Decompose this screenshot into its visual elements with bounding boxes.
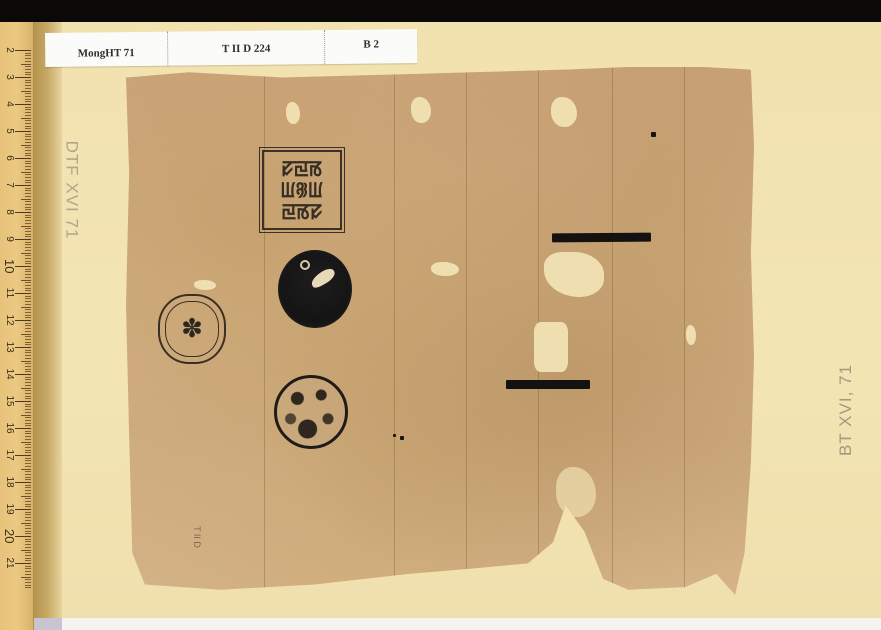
ruler-tick xyxy=(25,579,31,580)
ruler-tick xyxy=(15,50,31,51)
ruler-tick xyxy=(25,182,31,183)
ruler-tick xyxy=(25,247,31,248)
ruler-tick xyxy=(25,379,31,380)
ruler-tick xyxy=(25,539,31,540)
ruler-tick xyxy=(25,323,31,324)
ruler-tick xyxy=(25,493,31,494)
ruler-tick xyxy=(25,406,31,407)
ruler-tick xyxy=(25,88,31,89)
ruler-tick xyxy=(25,315,31,316)
card-shadow xyxy=(34,22,62,618)
ruler-tick xyxy=(25,69,31,70)
ruler-tick xyxy=(21,577,31,578)
ruler-number: 2 xyxy=(4,43,14,57)
ruler-tick xyxy=(21,280,31,281)
fold-line xyxy=(466,67,467,595)
ruler-tick xyxy=(25,439,31,440)
measuring-ruler: 23456789101112131415161718192021 xyxy=(0,22,34,630)
ruler-tick xyxy=(25,504,31,505)
ruler-tick xyxy=(21,415,31,416)
ruler-tick xyxy=(25,452,31,453)
ruler-tick xyxy=(25,398,31,399)
top-black-border xyxy=(0,0,881,22)
ruler-tick xyxy=(25,99,31,100)
ruler-number: 3 xyxy=(4,70,14,84)
ruler-tick xyxy=(25,269,31,270)
ruler-tick xyxy=(25,220,31,221)
paper-hole xyxy=(551,97,577,127)
ruler-tick xyxy=(25,282,31,283)
ruler-tick xyxy=(25,134,31,135)
ruler-tick xyxy=(25,574,31,575)
ruler-tick xyxy=(25,487,31,488)
ruler-tick xyxy=(25,190,31,191)
ruler-tick xyxy=(15,401,31,402)
ink-dot xyxy=(393,434,396,437)
ruler-tick xyxy=(25,363,31,364)
ruler-tick xyxy=(15,77,31,78)
ruler-tick xyxy=(21,199,31,200)
ruler-tick xyxy=(25,201,31,202)
paper-hole xyxy=(686,325,696,345)
ruler-tick xyxy=(25,236,31,237)
document-pencil-note: T II D xyxy=(192,526,202,548)
ruler-tick xyxy=(25,425,31,426)
ruler-tick xyxy=(15,131,31,132)
ruler-tick xyxy=(25,498,31,499)
ruler-tick xyxy=(25,393,31,394)
ruler-tick xyxy=(25,304,31,305)
ruler-tick xyxy=(25,258,31,259)
ruler-tick xyxy=(25,163,31,164)
ruler-number: 7 xyxy=(4,178,14,192)
paper-hole xyxy=(194,280,216,290)
round-dark-seal xyxy=(278,250,352,328)
ruler-tick xyxy=(25,188,31,189)
seal-row: ꡆ꡵ꡆ xyxy=(270,179,334,200)
ruler-tick xyxy=(25,166,31,167)
ruler-tick xyxy=(15,158,31,159)
ruler-tick xyxy=(25,560,31,561)
ruler-number: 17 xyxy=(4,448,14,462)
ruler-number: 9 xyxy=(4,232,14,246)
ruler-tick xyxy=(25,215,31,216)
ruler-tick xyxy=(15,509,31,510)
ruler-tick xyxy=(25,431,31,432)
seal-dot xyxy=(300,260,310,270)
ruler-tick xyxy=(25,55,31,56)
ruler-number: 5 xyxy=(4,124,14,138)
ruler-tick xyxy=(25,366,31,367)
ruler-number: 12 xyxy=(4,313,14,327)
ruler-tick xyxy=(25,109,31,110)
ruler-tick xyxy=(25,447,31,448)
ruler-tick xyxy=(21,496,31,497)
ruler-number: 16 xyxy=(4,421,14,435)
seal-glint xyxy=(309,266,338,289)
ruler-tick xyxy=(25,382,31,383)
ruler-tick xyxy=(25,209,31,210)
ruler-tick xyxy=(25,477,31,478)
ruler-tick xyxy=(15,266,31,267)
shelfmark-label: MongHT 71 xyxy=(45,32,168,67)
ruler-tick xyxy=(25,328,31,329)
ruler-tick xyxy=(25,242,31,243)
ruler-tick xyxy=(25,193,31,194)
ruler-tick xyxy=(25,336,31,337)
ruler-tick xyxy=(25,58,31,59)
ruler-tick xyxy=(25,128,31,129)
bottom-white-edge xyxy=(62,618,881,630)
ruler-tick xyxy=(25,385,31,386)
paper-hole xyxy=(431,262,459,276)
seal-row: ꡛꡙꡏ xyxy=(270,158,334,179)
ruler-tick xyxy=(25,404,31,405)
paper-hole xyxy=(544,252,604,297)
ruler-tick xyxy=(25,80,31,81)
ruler-number: 20 xyxy=(4,529,14,543)
ruler-tick xyxy=(25,217,31,218)
ruler-tick xyxy=(21,388,31,389)
ruler-tick xyxy=(21,523,31,524)
ruler-tick xyxy=(15,428,31,429)
ruler-tick xyxy=(25,255,31,256)
ruler-tick xyxy=(15,104,31,105)
ruler-tick xyxy=(25,490,31,491)
ruler-tick xyxy=(25,479,31,480)
ruler-tick xyxy=(21,550,31,551)
ruler-tick xyxy=(25,261,31,262)
ruler-tick xyxy=(21,91,31,92)
ruler-tick xyxy=(25,517,31,518)
ruler-tick xyxy=(25,263,31,264)
ruler-tick xyxy=(25,344,31,345)
ruler-tick xyxy=(25,520,31,521)
ruler-tick xyxy=(25,568,31,569)
ruler-tick xyxy=(25,61,31,62)
ruler-tick xyxy=(25,298,31,299)
ruler-tick xyxy=(25,153,31,154)
ruler-tick xyxy=(21,226,31,227)
ruler-tick xyxy=(25,66,31,67)
ruler-tick xyxy=(25,547,31,548)
ruler-tick xyxy=(25,277,31,278)
ruler-tick xyxy=(25,512,31,513)
ruler-tick xyxy=(25,371,31,372)
ruler-tick xyxy=(21,361,31,362)
ruler-tick xyxy=(15,347,31,348)
ruler-tick xyxy=(15,185,31,186)
ruler-tick xyxy=(25,285,31,286)
ink-dot xyxy=(651,132,656,137)
ruler-tick xyxy=(21,118,31,119)
paper-hole xyxy=(286,102,300,124)
ruler-tick xyxy=(25,358,31,359)
fold-line xyxy=(684,67,685,595)
paper-hole xyxy=(556,467,596,517)
ruler-tick xyxy=(25,541,31,542)
ruler-tick xyxy=(21,334,31,335)
ruler-tick xyxy=(25,142,31,143)
ruler-tick xyxy=(25,460,31,461)
ruler-tick xyxy=(25,244,31,245)
black-marker-bar xyxy=(506,380,590,389)
ruler-tick xyxy=(25,552,31,553)
ruler-tick xyxy=(25,317,31,318)
ruler-tick xyxy=(21,307,31,308)
ruler-tick xyxy=(25,169,31,170)
ruler-tick xyxy=(25,85,31,86)
ruler-tick xyxy=(25,288,31,289)
ruler-tick xyxy=(25,582,31,583)
ruler-number: 10 xyxy=(4,259,14,273)
ruler-tick xyxy=(25,352,31,353)
ruler-tick xyxy=(21,172,31,173)
ruler-tick xyxy=(25,423,31,424)
ruler-tick xyxy=(25,409,31,410)
ruler-number: 13 xyxy=(4,340,14,354)
ruler-tick xyxy=(25,436,31,437)
ruler-tick xyxy=(25,369,31,370)
ruler-tick xyxy=(25,290,31,291)
ruler-tick xyxy=(25,180,31,181)
ruler-tick xyxy=(25,450,31,451)
ruler-tick xyxy=(25,161,31,162)
ruler-tick xyxy=(25,585,31,586)
ruler-tick xyxy=(25,420,31,421)
black-marker-bar xyxy=(552,233,651,243)
ruler-tick xyxy=(25,234,31,235)
ruler-tick xyxy=(25,466,31,467)
seal-glyph: ✽ xyxy=(181,314,203,344)
ruler-tick xyxy=(25,96,31,97)
ruler-tick xyxy=(25,458,31,459)
ruler-tick xyxy=(25,433,31,434)
ruler-tick xyxy=(25,506,31,507)
ruler-tick xyxy=(25,204,31,205)
ruler-tick xyxy=(25,223,31,224)
ruler-tick xyxy=(25,544,31,545)
ruler-tick xyxy=(25,174,31,175)
ruler-tick xyxy=(25,485,31,486)
ruler-tick xyxy=(15,536,31,537)
ruler-tick xyxy=(25,571,31,572)
ruler-tick xyxy=(25,312,31,313)
ruler-tick xyxy=(25,342,31,343)
ink-dot xyxy=(400,436,404,440)
ruler-tick xyxy=(25,339,31,340)
ruler-tick xyxy=(25,558,31,559)
ruler-tick xyxy=(15,374,31,375)
ruler-tick xyxy=(25,444,31,445)
catalog-label: MongHT 71 T II D 224 B 2 xyxy=(45,29,417,67)
ruler-tick xyxy=(25,196,31,197)
ruler-tick xyxy=(25,555,31,556)
ruler-tick xyxy=(25,471,31,472)
ruler-tick xyxy=(21,64,31,65)
ruler-tick xyxy=(25,123,31,124)
ruler-tick xyxy=(25,93,31,94)
ruler-tick xyxy=(25,587,31,588)
ruler-tick xyxy=(25,533,31,534)
ruler-tick xyxy=(25,377,31,378)
square-seal-stamp: ꡛꡙꡏ ꡆ꡵ꡆ ꡙꡏꡛ xyxy=(262,150,342,230)
find-number-label: T II D 224 xyxy=(168,30,325,66)
ruler-tick xyxy=(15,563,31,564)
ruler-tick xyxy=(25,274,31,275)
ruler-tick xyxy=(15,320,31,321)
ruler-tick xyxy=(25,147,31,148)
seal-row: ꡙꡏꡛ xyxy=(270,201,334,222)
ruler-tick xyxy=(25,309,31,310)
ruler-tick xyxy=(25,566,31,567)
ruler-tick xyxy=(25,177,31,178)
paper-hole xyxy=(411,97,431,123)
pencil-note-left: DTF XVI 71 xyxy=(61,141,81,240)
ruler-tick xyxy=(25,82,31,83)
ruler-number: 15 xyxy=(4,394,14,408)
ruler-number: 21 xyxy=(4,556,14,570)
ruler-tick xyxy=(25,155,31,156)
ruler-tick xyxy=(25,417,31,418)
ruler-tick xyxy=(15,482,31,483)
fold-line xyxy=(394,67,395,595)
ruler-tick xyxy=(25,325,31,326)
ruler-tick xyxy=(15,293,31,294)
ruler-tick xyxy=(25,115,31,116)
ruler-tick xyxy=(25,53,31,54)
fold-line xyxy=(264,67,265,595)
ruler-number: 4 xyxy=(4,97,14,111)
ruler-tick xyxy=(25,296,31,297)
ruler-tick xyxy=(15,212,31,213)
ruler-tick xyxy=(25,355,31,356)
ruler-tick xyxy=(25,412,31,413)
box-label: B 2 xyxy=(325,29,417,64)
paper-hole xyxy=(534,322,568,372)
octagonal-seal: ✽ xyxy=(158,294,226,364)
ruler-tick xyxy=(25,396,31,397)
bottom-edge-left xyxy=(34,618,62,630)
ruler-tick xyxy=(25,271,31,272)
ruler-tick xyxy=(25,72,31,73)
round-faded-seal xyxy=(274,375,348,449)
ruler-tick xyxy=(25,150,31,151)
ruler-tick xyxy=(25,74,31,75)
ruler-tick xyxy=(25,514,31,515)
ruler-tick xyxy=(15,455,31,456)
fold-line xyxy=(612,67,613,595)
ruler-tick xyxy=(25,136,31,137)
ruler-tick xyxy=(25,463,31,464)
ruler-tick xyxy=(21,145,31,146)
ruler-tick xyxy=(25,390,31,391)
ruler-number: 18 xyxy=(4,475,14,489)
ruler-tick xyxy=(25,120,31,121)
ruler-tick xyxy=(25,474,31,475)
ruler-tick xyxy=(25,228,31,229)
ruler-tick xyxy=(21,253,31,254)
ruler-tick xyxy=(25,126,31,127)
ruler-tick xyxy=(25,501,31,502)
ruler-tick xyxy=(25,531,31,532)
ruler-tick xyxy=(21,442,31,443)
ruler-tick xyxy=(25,139,31,140)
ruler-number: 19 xyxy=(4,502,14,516)
pencil-note-right: BT XVI, 71 xyxy=(836,364,856,456)
ruler-tick xyxy=(15,239,31,240)
ruler-tick xyxy=(25,525,31,526)
ruler-tick xyxy=(25,331,31,332)
ruler-number: 14 xyxy=(4,367,14,381)
ruler-tick xyxy=(25,101,31,102)
ruler-tick xyxy=(21,469,31,470)
ruler-tick xyxy=(25,250,31,251)
ruler-tick xyxy=(25,350,31,351)
ruler-number: 11 xyxy=(4,286,14,300)
ruler-tick xyxy=(25,301,31,302)
ruler-tick xyxy=(25,207,31,208)
ruler-tick xyxy=(25,107,31,108)
ruler-number: 6 xyxy=(4,151,14,165)
ruler-tick xyxy=(25,528,31,529)
ruler-tick xyxy=(25,112,31,113)
ruler-tick xyxy=(25,231,31,232)
ruler-number: 8 xyxy=(4,205,14,219)
